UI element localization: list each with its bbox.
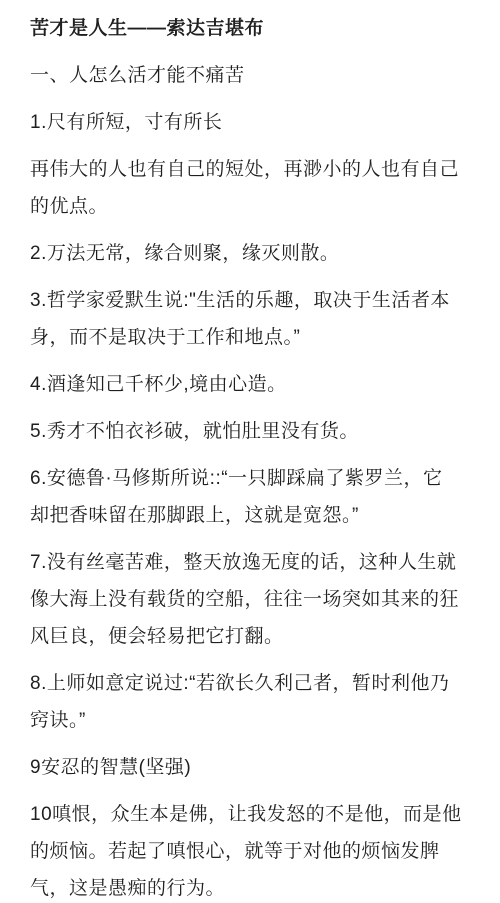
text-line: 4.酒逢知己千杯少,境由心造。 — [30, 366, 472, 403]
title-line: 苦才是人生——索达吉堪布 — [30, 10, 472, 47]
text-line: 10嗔恨，众生本是佛，让我发怒的不是他，而是他 — [30, 796, 472, 833]
list-item-9: 9安忍的智慧(坚强) — [30, 749, 472, 786]
text-line: 2.万法无常，缘合则聚，缘灭则散。 — [30, 235, 472, 272]
list-item-3: 3.哲学家爱默生说:"生活的乐趣，取决于生活者本 身，而不是取决于工作和地点。” — [30, 282, 472, 356]
text-line: 身，而不是取决于工作和地点。” — [30, 319, 472, 356]
text-line: 像大海上没有载货的空船，往往一场突如其来的狂 — [30, 581, 472, 618]
text-line: 再伟大的人也有自己的短处，再渺小的人也有自己 — [30, 151, 472, 188]
article: 苦才是人生——索达吉堪布 一、人怎么活才能不痛苦 1.尺有所短，寸有所长 再伟大… — [0, 0, 500, 903]
list-item-8: 8.上师如意定说过:“若欲长久利己者，暂时利他乃 窍诀。” — [30, 665, 472, 739]
text-line: 窍诀。” — [30, 702, 472, 739]
text-line: 9安忍的智慧(坚强) — [30, 749, 472, 786]
text-line: 3.哲学家爱默生说:"生活的乐趣，取决于生活者本 — [30, 282, 472, 319]
list-item-10: 10嗔恨，众生本是佛，让我发怒的不是他，而是他 的烦恼。若起了嗔恨心，就等于对他… — [30, 796, 472, 903]
list-item-2: 2.万法无常，缘合则聚，缘灭则散。 — [30, 235, 472, 272]
text-line: 5.秀才不怕衣衫破，就怕肚里没有货。 — [30, 413, 472, 450]
text-line: 1.尺有所短，寸有所长 — [30, 104, 472, 141]
text-line: 8.上师如意定说过:“若欲长久利己者，暂时利他乃 — [30, 665, 472, 702]
list-item-4: 4.酒逢知己千杯少,境由心造。 — [30, 366, 472, 403]
body-paragraph: 再伟大的人也有自己的短处，再渺小的人也有自己 的优点。 — [30, 151, 472, 225]
list-item-1: 1.尺有所短，寸有所长 — [30, 104, 472, 141]
text-line: 气，这是愚痴的行为。 — [30, 870, 472, 903]
list-item-6: 6.安德鲁·马修斯所说::“一只脚踩扁了紫罗兰，它 却把香味留在那脚跟上，这就是… — [30, 460, 472, 534]
list-item-5: 5.秀才不怕衣衫破，就怕肚里没有货。 — [30, 413, 472, 450]
document-title: 苦才是人生——索达吉堪布 — [30, 10, 472, 47]
text-line: 7.没有丝毫苦难，整天放逸无度的话，这种人生就 — [30, 544, 472, 581]
text-line: 的烦恼。若起了嗔恨心，就等于对他的烦恼发脾 — [30, 833, 472, 870]
section-heading: 一、人怎么活才能不痛苦 — [30, 57, 472, 94]
list-item-7: 7.没有丝毫苦难，整天放逸无度的话，这种人生就 像大海上没有载货的空船，往往一场… — [30, 544, 472, 655]
text-line: 6.安德鲁·马修斯所说::“一只脚踩扁了紫罗兰，它 — [30, 460, 472, 497]
text-line: 的优点。 — [30, 188, 472, 225]
text-line: 风巨良，便会轻易把它打翻。 — [30, 618, 472, 655]
text-line: 一、人怎么活才能不痛苦 — [30, 57, 472, 94]
text-line: 却把香味留在那脚跟上，这就是宽怨。” — [30, 497, 472, 534]
